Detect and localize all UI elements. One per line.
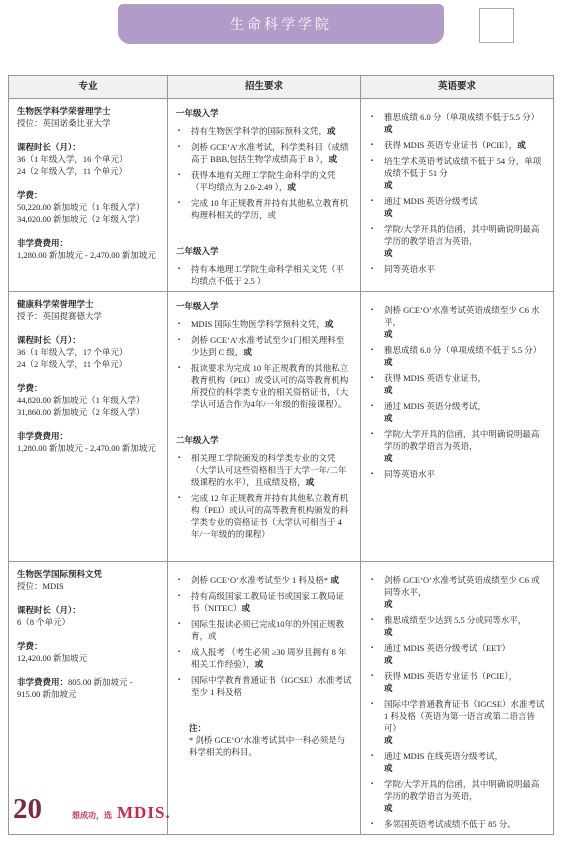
bullet-text: 雅思成绩 6.0 分（单项成绩不低于 5.5 分）或 [384,344,545,368]
admission-bullet-list: ▪MDIS 国际生物医学科学预科文凭，或▪剑桥 GCE‘A’水准考试至少1门相关… [176,318,352,410]
program-info-block: 学费：44,820.00 新加坡元（1 年级入学）31,860.00 新加坡元（… [17,382,159,418]
english-bullet-list: ▪剑桥 GCE‘O’水准考试英语成绩至少 C6 或同等水平，或▪雅思成绩至少达到… [369,574,545,830]
square-bullet-icon: ▪ [369,304,384,340]
or-line: 或 [384,626,545,638]
square-bullet-icon: ▪ [176,574,191,586]
square-bullet-icon: ▪ [176,334,191,358]
bullet-item: ▪培生学术英语考试成绩不低于 54 分，单项成绩不低于 51 分或 [369,155,545,191]
square-bullet-icon: ▪ [369,574,384,610]
square-bullet-icon: ▪ [369,263,384,275]
bullet-text: 获得本地有关理工学院生命科学的文凭（平均绩点为 2.0-2.49 ），或 [191,169,352,193]
bullet-item: ▪剑桥 GCE‘A’水准考试至少1门相关理科至少达到 C 级，或 [176,334,352,358]
bullet-text: 剑桥 GCE‘A’水准考试，科学类科目（成绩高于 BBB,包括生物学成绩高于 B… [191,141,352,165]
square-bullet-icon: ▪ [176,646,191,670]
bullet-item: ▪学院/大学开具的信函，其中明确说明最高学历的教学语言为英语，或 [369,428,545,464]
or-line: 或 [384,682,545,694]
admission-cell: ▪剑桥 GCE‘O’水准考试至少 1 科及格* 或▪持有高级国家工教局证书或国家… [168,562,361,835]
bullet-text: 剑桥 GCE‘O’水准考试英语成绩至少 C6 或同等水平，或 [384,574,545,610]
bullet-text: 剑桥 GCE‘O’水准考试至少 1 科及格* 或 [191,574,352,586]
table-header-row: 专业 招生要求 英语要求 [9,76,554,99]
or-line: 或 [384,207,545,219]
square-bullet-icon: ▪ [176,197,191,221]
or-bold: 或 [242,603,251,613]
program-info-block: 非学费费用：1,280.00 新加坡元 - 2,470.00 新加坡元 [17,237,159,261]
bullet-text: 报读要求为完成 10 年正规教育的其他私立教育机构（PEI）或受认可的高等教育机… [191,362,352,410]
column-header-english: 英语要求 [361,76,554,99]
square-bullet-icon: ▪ [369,428,384,464]
bullet-item: ▪剑桥 GCE‘A’水准考试，科学类科目（成绩高于 BBB,包括生物学成绩高于 … [176,141,352,165]
corner-placeholder-box [479,8,514,43]
square-bullet-icon: ▪ [369,223,384,259]
square-bullet-icon: ▪ [369,642,384,666]
square-bullet-icon: ▪ [176,318,191,330]
info-label: 课程时长（月）： [17,604,159,616]
bullet-item: ▪报读要求为完成 10 年正规教育的其他私立教育机构（PEI）或受认可的高等教育… [176,362,352,410]
or-line: 或 [384,384,545,396]
bullet-text: 同等英语水平 [384,263,545,275]
bullet-text: 获得 MDIS 英语专业证书（PCIE），或 [384,139,545,151]
program-cell: 生物医学科学荣誉理学士授位：英国诺桑比亚大学课程时长（月）：36（1 年级入学，… [9,99,168,292]
or-bold: 或 [330,575,339,585]
column-header-admission: 招生要求 [168,76,361,99]
bullet-item: ▪通过 MDIS 在线英语分级考试，或 [369,750,545,774]
bullet-text: 持有高级国家工教局证书或国家工教局证书（NITEC）或 [191,590,352,614]
program-title: 健康科学荣誉理学士 [17,298,159,310]
or-bold: 或 [325,319,334,329]
or-line: 或 [384,412,545,424]
program-award: 授位：英国诺桑比亚大学 [17,117,159,129]
info-label: 非学费费用： [17,237,159,249]
bullet-text: 雅思成绩 6.0 分（单项成绩不低于5.5 分）或 [384,111,545,135]
program-info-block: 课程时长（月）：36（1 年级入学，16 个单元）24（2 年级入学，11 个单… [17,141,159,177]
page-footer: 20 想成功，选 MDIS. [13,792,171,826]
square-bullet-icon: ▪ [369,139,384,151]
bullet-text: 剑桥 GCE‘A’水准考试至少1门相关理科至少达到 C 级，或 [191,334,352,358]
bullet-text: 学院/大学开具的信函，其中明确说明最高学历的教学语言为英语，或 [384,778,545,814]
square-bullet-icon: ▪ [369,750,384,774]
bullet-text: 国际中学教育普通证书（IGCSE）水准考试至少 1 科及格 [191,674,352,698]
program-info-block: 课程时长（月）：6（8 个单元） [17,604,159,628]
bullet-item: ▪剑桥 GCE‘O’水准考试至少 1 科及格* 或 [176,574,352,586]
bullet-item: ▪剑桥 GCE‘O’水准考试英语成绩至少 C6 水平，或 [369,304,545,340]
or-bold: 或 [306,477,315,487]
square-bullet-icon: ▪ [176,362,191,410]
square-bullet-icon: ▪ [176,590,191,614]
programs-table: 专业 招生要求 英语要求 生物医学科学荣誉理学士授位：英国诺桑比亚大学课程时长（… [8,75,554,835]
page-number: 20 [13,792,42,826]
bullet-text: 相关理工学院颁发的科学类专业的文凭（大学认可这些资格相当于大学一年/二年级课程的… [191,452,352,488]
bullet-text: MDIS 国际生物医学科学预科文凭，或 [191,318,352,330]
bullet-item: ▪持有本地理工学院生命科学相关文凭（平均绩点不低于 2.5 ） [176,263,352,287]
column-header-program: 专业 [9,76,168,99]
bullet-item: ▪学院/大学开具的信函，其中明确说明最高学历的教学语言为英语，或 [369,223,545,259]
bullet-item: ▪通过 MDIS 英语分级考试（EET）或 [369,642,545,666]
bullet-item: ▪获得 MDIS 英语专业证书（PCIE），或 [369,670,545,694]
square-bullet-icon: ▪ [369,372,384,396]
bullet-item: ▪多邻国英语考试成绩不低于 85 分。 [369,818,545,830]
bullet-item: ▪剑桥 GCE‘O’水准考试英语成绩至少 C6 或同等水平，或 [369,574,545,610]
or-line: 或 [384,452,545,464]
table-row: 健康科学荣誉理学士授予：英国提赛德大学课程时长（月）：36（1 年级入学，17 … [9,292,554,562]
table-row: 生物医学科学荣誉理学士授位：英国诺桑比亚大学课程时长（月）：36（1 年级入学，… [9,99,554,292]
square-bullet-icon: ▪ [369,400,384,424]
info-label: 学费： [17,189,159,201]
square-bullet-icon: ▪ [369,818,384,830]
entry-level-heading: 一年级入学 [176,300,352,312]
program-award: 授位：MDIS [17,580,159,592]
admission-bullet-list: ▪剑桥 GCE‘O’水准考试至少 1 科及格* 或▪持有高级国家工教局证书或国家… [176,574,352,698]
square-bullet-icon: ▪ [176,618,191,642]
bullet-item: ▪获得本地有关理工学院生命科学的文凭（平均绩点为 2.0-2.49 ），或 [176,169,352,193]
bullet-item: ▪雅思成绩至少达到 5.5 分或同等水平，或 [369,614,545,638]
or-bold: 或 [517,140,526,150]
or-line: 或 [384,734,545,746]
admission-cell: 一年级入学▪MDIS 国际生物医学科学预科文凭，或▪剑桥 GCE‘A’水准考试至… [168,292,361,562]
or-line: 或 [384,598,545,610]
admission-bullet-list: ▪持有本地理工学院生命科学相关文凭（平均绩点不低于 2.5 ） [176,263,352,287]
bullet-text: 国际生报读必须已完成10年的外国正规教育，或 [191,618,352,642]
square-bullet-icon: ▪ [176,674,191,698]
bullet-item: ▪完成 12 年正规教育并持有其他私立教育机构（PEI）或认可的高等教育机构颁发… [176,492,352,540]
program-info-block: 课程时长（月）：36（1 年级入学，17 个单元）24（2 年级入学，11 个单… [17,334,159,370]
square-bullet-icon: ▪ [176,141,191,165]
bullet-text: 雅思成绩至少达到 5.5 分或同等水平，或 [384,614,545,638]
program-info-block: 学费：50,220.00 新加坡元（1 年级入学）34,020.00 新加坡元（… [17,189,159,225]
bullet-text: 持有生物医学科学的国际预科文凭，或 [191,125,352,137]
bullet-item: ▪成人报考 （考生必须 ≥30 周岁且拥有 8 年相关工作经验），或 [176,646,352,670]
or-bold: 或 [328,154,337,164]
english-cell: ▪剑桥 GCE‘O’水准考试英语成绩至少 C6 水平，或▪雅思成绩 6.0 分（… [361,292,554,562]
square-bullet-icon: ▪ [369,111,384,135]
square-bullet-icon: ▪ [176,263,191,287]
square-bullet-icon: ▪ [369,468,384,480]
square-bullet-icon: ▪ [369,778,384,814]
bullet-item: ▪获得 MDIS 英语专业证书，或 [369,372,545,396]
footnote-label: 注： [189,722,352,734]
info-label: 课程时长（月）： [17,334,159,346]
entry-level-heading: 二年级入学 [176,434,352,446]
info-label: 课程时长（月）： [17,141,159,153]
bullet-item: ▪持有生物医学科学的国际预科文凭，或 [176,125,352,137]
program-info-block: 非学费费用：805.00 新加坡元 -915.00 新加坡元 [17,676,159,700]
bullet-item: ▪持有高级国家工教局证书或国家工教局证书（NITEC）或 [176,590,352,614]
or-line: 或 [384,247,545,259]
bullet-text: 通过 MDIS 英语分级考试（EET）或 [384,642,545,666]
or-bold: 或 [327,126,336,136]
bullet-text: 剑桥 GCE‘O’水准考试英语成绩至少 C6 水平，或 [384,304,545,340]
or-line: 或 [384,654,545,666]
entry-level-heading: 二年级入学 [176,245,352,257]
info-label: 非学费费用： [17,430,159,442]
school-banner-title: 生命科学学院 [230,18,332,30]
bullet-item: ▪国际中学教育普通证书（IGCSE）水准考试至少 1 科及格 [176,674,352,698]
bullet-item: ▪同等英语水平 [369,468,545,480]
program-title: 生物医学国际预科文凭 [17,568,159,580]
admission-bullet-list: ▪持有生物医学科学的国际预科文凭，或▪剑桥 GCE‘A’水准考试，科学类科目（成… [176,125,352,221]
bullet-text: 完成 12 年正规教育并持有其他私立教育机构（PEI）或认可的高等教育机构颁发的… [191,492,352,540]
or-line: 或 [384,762,545,774]
table-body: 生物医学科学荣誉理学士授位：英国诺桑比亚大学课程时长（月）：36（1 年级入学，… [9,99,554,835]
bullet-item: ▪完成 10 年正规教育并持有其他私立教育机构理科相关的学历，或 [176,197,352,221]
or-line: 或 [384,802,545,814]
bullet-item: ▪同等英语水平 [369,263,545,275]
or-line: 或 [384,328,545,340]
square-bullet-icon: ▪ [176,169,191,193]
english-cell: ▪剑桥 GCE‘O’水准考试英语成绩至少 C6 或同等水平，或▪雅思成绩至少达到… [361,562,554,835]
bullet-item: ▪通过 MDIS 英语分级考试或 [369,195,545,219]
program-info-block: 学费：12,420.00 新加坡元 [17,640,159,664]
square-bullet-icon: ▪ [369,155,384,191]
bullet-text: 获得 MDIS 英语专业证书，或 [384,372,545,396]
school-banner: 生命科学学院 [118,4,444,44]
english-bullet-list: ▪雅思成绩 6.0 分（单项成绩不低于5.5 分）或▪获得 MDIS 英语专业证… [369,111,545,275]
square-bullet-icon: ▪ [369,344,384,368]
or-line: 或 [384,356,545,368]
admission-bullet-list: ▪相关理工学院颁发的科学类专业的文凭（大学认可这些资格相当于大学一年/二年级课程… [176,452,352,540]
footer-slogan: 想成功，选 [72,810,112,822]
square-bullet-icon: ▪ [369,698,384,746]
bullet-item: ▪MDIS 国际生物医学科学预科文凭，或 [176,318,352,330]
bullet-text: 获得 MDIS 英语专业证书（PCIE），或 [384,670,545,694]
bullet-text: 通过 MDIS 英语分级考试或 [384,195,545,219]
program-info-block: 非学费费用：1,280.00 新加坡元 - 2,470.00 新加坡元 [17,430,159,454]
square-bullet-icon: ▪ [369,614,384,638]
bullet-text: 通过 MDIS 在线英语分级考试，或 [384,750,545,774]
footnote: 注：* 剑桥 GCE‘O’水准考试其中一科必须是与科学相关的科目。 [189,722,352,758]
bullet-text: 学院/大学开具的信函，其中明确说明最高学历的教学语言为英语，或 [384,223,545,259]
entry-level-heading: 一年级入学 [176,107,352,119]
or-line: 或 [384,179,545,191]
bullet-text: 国际中学普通教育证书（IGCSE）水准考试 1 科及格（英语为第一语言或第二语言… [384,698,545,746]
info-label: 学费： [17,640,159,652]
english-cell: ▪雅思成绩 6.0 分（单项成绩不低于5.5 分）或▪获得 MDIS 英语专业证… [361,99,554,292]
square-bullet-icon: ▪ [369,195,384,219]
info-label: 学费： [17,382,159,394]
footer-brand-logo: MDIS. [117,807,171,819]
english-bullet-list: ▪剑桥 GCE‘O’水准考试英语成绩至少 C6 水平，或▪雅思成绩 6.0 分（… [369,304,545,480]
bullet-text: 培生学术英语考试成绩不低于 54 分，单项成绩不低于 51 分或 [384,155,545,191]
or-bold: 或 [243,347,252,357]
bullet-text: 持有本地理工学院生命科学相关文凭（平均绩点不低于 2.5 ） [191,263,352,287]
program-award: 授予：英国提赛德大学 [17,310,159,322]
bullet-text: 成人报考 （考生必须 ≥30 周岁且拥有 8 年相关工作经验），或 [191,646,352,670]
program-cell: 健康科学荣誉理学士授予：英国提赛德大学课程时长（月）：36（1 年级入学，17 … [9,292,168,562]
bullet-item: ▪学院/大学开具的信函，其中明确说明最高学历的教学语言为英语，或 [369,778,545,814]
square-bullet-icon: ▪ [176,492,191,540]
bullet-text: 同等英语水平 [384,468,545,480]
square-bullet-icon: ▪ [176,125,191,137]
document-page: 生命科学学院 专业 招生要求 英语要求 生物医学科学荣誉理学士授位：英国诺桑比亚… [0,0,561,842]
or-bold: 或 [255,659,264,669]
bullet-item: ▪国际生报读必须已完成10年的外国正规教育，或 [176,618,352,642]
square-bullet-icon: ▪ [369,670,384,694]
program-title: 生物医学科学荣誉理学士 [17,105,159,117]
bullet-item: ▪通过 MDIS 英语分级考试，或 [369,400,545,424]
bullet-item: ▪雅思成绩 6.0 分（单项成绩不低于 5.5 分）或 [369,344,545,368]
bullet-text: 通过 MDIS 英语分级考试，或 [384,400,545,424]
bullet-item: ▪获得 MDIS 英语专业证书（PCIE），或 [369,139,545,151]
bullet-item: ▪雅思成绩 6.0 分（单项成绩不低于5.5 分）或 [369,111,545,135]
or-bold: 或 [287,182,296,192]
info-label: 非学费费用： [17,677,68,687]
bullet-text: 完成 10 年正规教育并持有其他私立教育机构理科相关的学历，或 [191,197,352,221]
bullet-text: 学院/大学开具的信函，其中明确说明最高学历的教学语言为英语，或 [384,428,545,464]
bullet-item: ▪相关理工学院颁发的科学类专业的文凭（大学认可这些资格相当于大学一年/二年级课程… [176,452,352,488]
bullet-text: 多邻国英语考试成绩不低于 85 分。 [384,818,545,830]
or-line: 或 [384,123,545,135]
admission-cell: 一年级入学▪持有生物医学科学的国际预科文凭，或▪剑桥 GCE‘A’水准考试，科学… [168,99,361,292]
square-bullet-icon: ▪ [176,452,191,488]
bullet-item: ▪国际中学普通教育证书（IGCSE）水准考试 1 科及格（英语为第一语言或第二语… [369,698,545,746]
footnote-text: * 剑桥 GCE‘O’水准考试其中一科必须是与科学相关的科目。 [189,734,352,758]
